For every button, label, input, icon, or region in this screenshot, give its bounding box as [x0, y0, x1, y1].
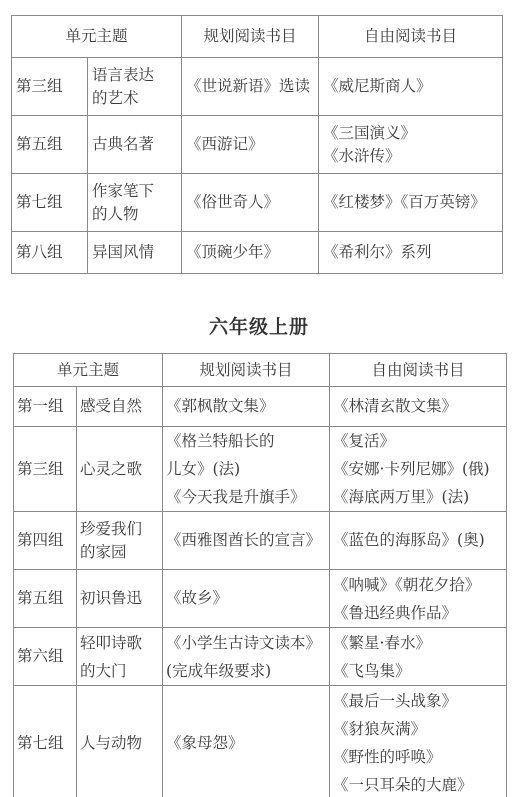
- header-planned-reading: 规划阅读书目: [182, 16, 319, 58]
- table-header-row: 单元主题 规划阅读书目 自由阅读书目: [12, 16, 503, 58]
- planned-cell: 《郭枫散文集》: [163, 387, 330, 427]
- group-cell: 第四组: [14, 512, 77, 570]
- header-free-reading: 自由阅读书目: [319, 16, 503, 58]
- theme-cell: 异国风情: [88, 232, 182, 274]
- table-row: 第三组 语言表达的艺术 《世说新语》选读 《威尼斯商人》: [12, 58, 503, 116]
- theme-cell: 轻叩诗歌的大门: [77, 628, 163, 686]
- planned-cell: 《世说新语》选读: [182, 58, 319, 116]
- theme-cell: 珍爱我们的家园: [77, 512, 163, 570]
- planned-cell: 《俗世奇人》: [182, 174, 319, 232]
- header-planned-reading: 规划阅读书目: [163, 354, 330, 387]
- free-cell: 《威尼斯商人》: [319, 58, 503, 116]
- table-row: 第五组 古典名著 《西游记》 《三国演义》《水浒传》: [12, 116, 503, 174]
- table-row: 第八组 异国风情 《顶碗少年》 《希利尔》系列: [12, 232, 503, 274]
- group-cell: 第七组: [14, 686, 77, 797]
- theme-cell: 感受自然: [77, 387, 163, 427]
- planned-cell: 《象母怨》: [163, 686, 330, 797]
- theme-cell: 人与动物: [77, 686, 163, 797]
- table-row: 第三组 心灵之歌 《格兰特船长的儿女》(法)《今天我是升旗手》 《复活》《安娜·…: [14, 427, 507, 512]
- reading-table-grade5: 单元主题 规划阅读书目 自由阅读书目 第三组 语言表达的艺术 《世说新语》选读 …: [11, 15, 503, 274]
- free-cell: 《复活》《安娜·卡列尼娜》(俄)《海底两万里》(法): [330, 427, 507, 512]
- theme-cell: 作家笔下的人物: [88, 174, 182, 232]
- planned-cell: 《顶碗少年》: [182, 232, 319, 274]
- planned-cell: 《西雅图酋长的宣言》: [163, 512, 330, 570]
- table-row: 第七组 作家笔下的人物 《俗世奇人》 《红楼梦》《百万英镑》: [12, 174, 503, 232]
- table-row: 第六组 轻叩诗歌的大门 《小学生古诗文读本》(完成年级要求) 《繁星·春水》《飞…: [14, 628, 507, 686]
- free-cell: 《三国演义》《水浒传》: [319, 116, 503, 174]
- free-cell: 《最后一头战象》《豺狼灰满》《野性的呼唤》《一只耳朵的大鹿》: [330, 686, 507, 797]
- table-row: 第一组 感受自然 《郭枫散文集》 《林清玄散文集》: [14, 387, 507, 427]
- theme-cell: 心灵之歌: [77, 427, 163, 512]
- group-cell: 第三组: [12, 58, 88, 116]
- table-row: 第七组 人与动物 《象母怨》 《最后一头战象》《豺狼灰满》《野性的呼唤》《一只耳…: [14, 686, 507, 797]
- free-cell: 《蓝色的海豚岛》(奥): [330, 512, 507, 570]
- reading-table-grade6-vol1: 单元主题 规划阅读书目 自由阅读书目 第一组 感受自然 《郭枫散文集》 《林清玄…: [13, 353, 507, 797]
- planned-cell: 《故乡》: [163, 570, 330, 628]
- free-cell: 《林清玄散文集》: [330, 387, 507, 427]
- planned-cell: 《西游记》: [182, 116, 319, 174]
- theme-cell: 语言表达的艺术: [88, 58, 182, 116]
- planned-cell: 《格兰特船长的儿女》(法)《今天我是升旗手》: [163, 427, 330, 512]
- header-free-reading: 自由阅读书目: [330, 354, 507, 387]
- group-cell: 第一组: [14, 387, 77, 427]
- group-cell: 第五组: [14, 570, 77, 628]
- free-cell: 《红楼梦》《百万英镑》: [319, 174, 503, 232]
- theme-cell: 初识鲁迅: [77, 570, 163, 628]
- group-cell: 第三组: [14, 427, 77, 512]
- group-cell: 第五组: [12, 116, 88, 174]
- group-cell: 第六组: [14, 628, 77, 686]
- section-title: 六年级上册: [0, 312, 518, 339]
- header-unit-theme: 单元主题: [14, 354, 163, 387]
- theme-cell: 古典名著: [88, 116, 182, 174]
- group-cell: 第八组: [12, 232, 88, 274]
- free-cell: 《繁星·春水》《飞鸟集》: [330, 628, 507, 686]
- planned-cell: 《小学生古诗文读本》(完成年级要求): [163, 628, 330, 686]
- table-header-row: 单元主题 规划阅读书目 自由阅读书目: [14, 354, 507, 387]
- free-cell: 《呐喊》《朝花夕拾》《鲁迅经典作品》: [330, 570, 507, 628]
- header-unit-theme: 单元主题: [12, 16, 182, 58]
- group-cell: 第七组: [12, 174, 88, 232]
- free-cell: 《希利尔》系列: [319, 232, 503, 274]
- table-row: 第五组 初识鲁迅 《故乡》 《呐喊》《朝花夕拾》《鲁迅经典作品》: [14, 570, 507, 628]
- table-row: 第四组 珍爱我们的家园 《西雅图酋长的宣言》 《蓝色的海豚岛》(奥): [14, 512, 507, 570]
